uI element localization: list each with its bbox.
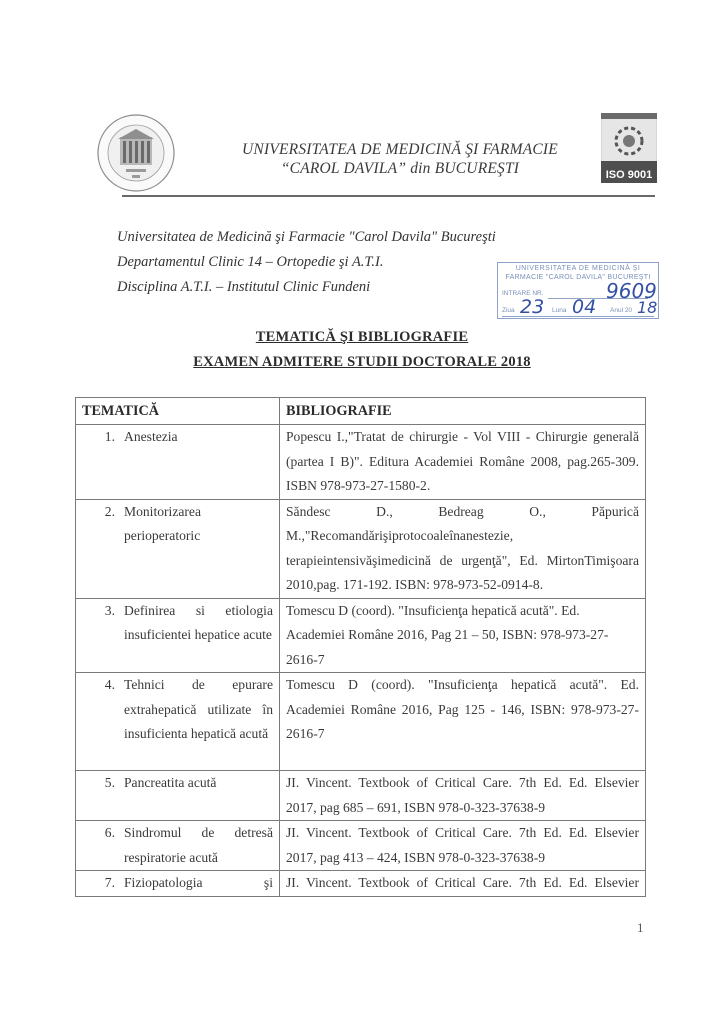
topic-text: Definirea si etiologia insuficientei hep… bbox=[124, 599, 273, 648]
bibliography-text: Săndesc D., Bedreag O., Păpurică M.,"Rec… bbox=[280, 499, 646, 598]
university-seal-icon bbox=[96, 113, 176, 193]
stamp-year: 18 bbox=[637, 298, 657, 317]
university-name: UNIVERSITATEA DE MEDICINĂ ŞI FARMACIE “C… bbox=[200, 140, 600, 178]
topic-number: 7. bbox=[82, 871, 124, 896]
column-header-topics: TEMATICĂ bbox=[76, 398, 280, 425]
topic-text: Sindromul de detresă respiratorie acută bbox=[124, 821, 273, 870]
page-number: 1 bbox=[637, 920, 644, 936]
stamp-year-label: Anul 20 bbox=[610, 307, 632, 314]
topic-number: 2. bbox=[82, 500, 124, 549]
table-row: 1.Anestezia Popescu I.,"Tratat de chirur… bbox=[76, 425, 646, 500]
topic-text: Anestezia bbox=[124, 425, 273, 450]
stamp-month-label: Luna bbox=[552, 307, 566, 314]
table-header-row: TEMATICĂ BIBLIOGRAFIE bbox=[76, 398, 646, 425]
institution-line-discipline: Disciplina A.T.I. – Institutul Clinic Fu… bbox=[117, 279, 370, 296]
table-row: 6.Sindromul de detresă respiratorie acut… bbox=[76, 821, 646, 871]
topic-text: Fiziopatologia şi bbox=[124, 871, 273, 896]
registration-stamp: UNIVERSITATEA DE MEDICINĂ ŞI FARMACIE "C… bbox=[497, 262, 659, 319]
bibliography-text: JI. Vincent. Textbook of Critical Care. … bbox=[280, 871, 646, 897]
table-row: 2.Monitorizarea perioperatoric Săndesc D… bbox=[76, 499, 646, 598]
table-row: 4.Tehnici de epurare extrahepatică utili… bbox=[76, 673, 646, 771]
topics-bibliography-table: TEMATICĂ BIBLIOGRAFIE 1.Anestezia Popesc… bbox=[75, 397, 646, 897]
topic-number: 1. bbox=[82, 425, 124, 450]
column-header-bibliography: BIBLIOGRAFIE bbox=[280, 398, 646, 425]
bibliography-text: JI. Vincent. Textbook of Critical Care. … bbox=[280, 821, 646, 871]
institution-line-department: Departamentul Clinic 14 – Ortopedie şi A… bbox=[117, 254, 384, 271]
topic-number: 5. bbox=[82, 771, 124, 796]
university-name-line1: UNIVERSITATEA DE MEDICINĂ ŞI FARMACIE bbox=[200, 140, 600, 159]
topic-number: 6. bbox=[82, 821, 124, 870]
institution-line-university: Universitatea de Medicină şi Farmacie "C… bbox=[117, 229, 496, 246]
table-row: 5.Pancreatita acută JI. Vincent. Textboo… bbox=[76, 771, 646, 821]
bibliography-text: Tomescu D (coord). "Insuficienţa hepatic… bbox=[280, 673, 646, 771]
university-name-line2: “CAROL DAVILA” din BUCUREŞTI bbox=[200, 159, 600, 178]
iso-caption: ISO 9001 bbox=[601, 169, 657, 181]
stamp-line1: UNIVERSITATEA DE MEDICINĂ ŞI bbox=[498, 265, 658, 272]
stamp-month: 04 bbox=[572, 296, 596, 318]
topic-text: Tehnici de epurare extrahepatică utiliza… bbox=[124, 673, 273, 747]
iso-9001-certification-icon: ISO 9001 bbox=[601, 113, 657, 183]
topic-number: 3. bbox=[82, 599, 124, 648]
stamp-day-label: Ziua bbox=[502, 307, 515, 314]
table-row: 3.Definirea si etiologia insuficientei h… bbox=[76, 598, 646, 673]
document-title: TEMATICĂ ŞI BIBLIOGRAFIE bbox=[0, 329, 724, 346]
table-row: 7.Fiziopatologia şi JI. Vincent. Textboo… bbox=[76, 871, 646, 897]
topic-number: 4. bbox=[82, 673, 124, 747]
bibliography-text: JI. Vincent. Textbook of Critical Care. … bbox=[280, 771, 646, 821]
header-divider bbox=[122, 195, 655, 197]
bibliography-text: Popescu I.,"Tratat de chirurgie - Vol VI… bbox=[280, 425, 646, 500]
bibliography-text: Tomescu D (coord). "Insuficienţa hepatic… bbox=[280, 598, 646, 673]
document-subtitle: EXAMEN ADMITERE STUDII DOCTORALE 2018 bbox=[0, 354, 724, 371]
topic-text: Monitorizarea perioperatoric bbox=[124, 500, 273, 549]
stamp-day: 23 bbox=[520, 296, 544, 318]
topic-text: Pancreatita acută bbox=[124, 771, 273, 796]
